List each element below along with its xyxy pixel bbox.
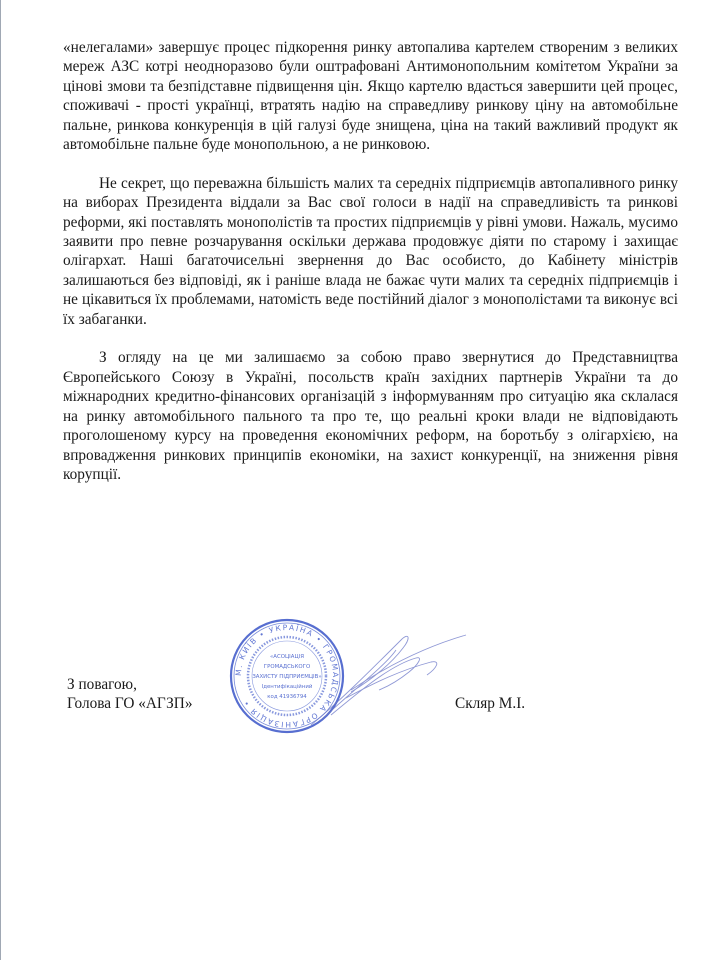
signature-block: З повагою, Голова ГО «АГЗП» xyxy=(67,675,192,714)
paragraph-1: «нелегалами» завершує процес підкорення … xyxy=(63,38,678,154)
signer-position: Голова ГО «АГЗП» xyxy=(67,694,192,713)
letter-body: «нелегалами» завершує процес підкорення … xyxy=(63,38,678,504)
paragraph-3: З огляду на це ми залишаємо за собою пра… xyxy=(63,348,678,484)
closing-salutation: З повагою, xyxy=(67,675,192,694)
paragraph-2: Не секрет, що переважна більшість малих … xyxy=(63,174,678,329)
document-page: «нелегалами» завершує процес підкорення … xyxy=(0,0,701,960)
handwritten-signature-icon xyxy=(291,620,491,730)
